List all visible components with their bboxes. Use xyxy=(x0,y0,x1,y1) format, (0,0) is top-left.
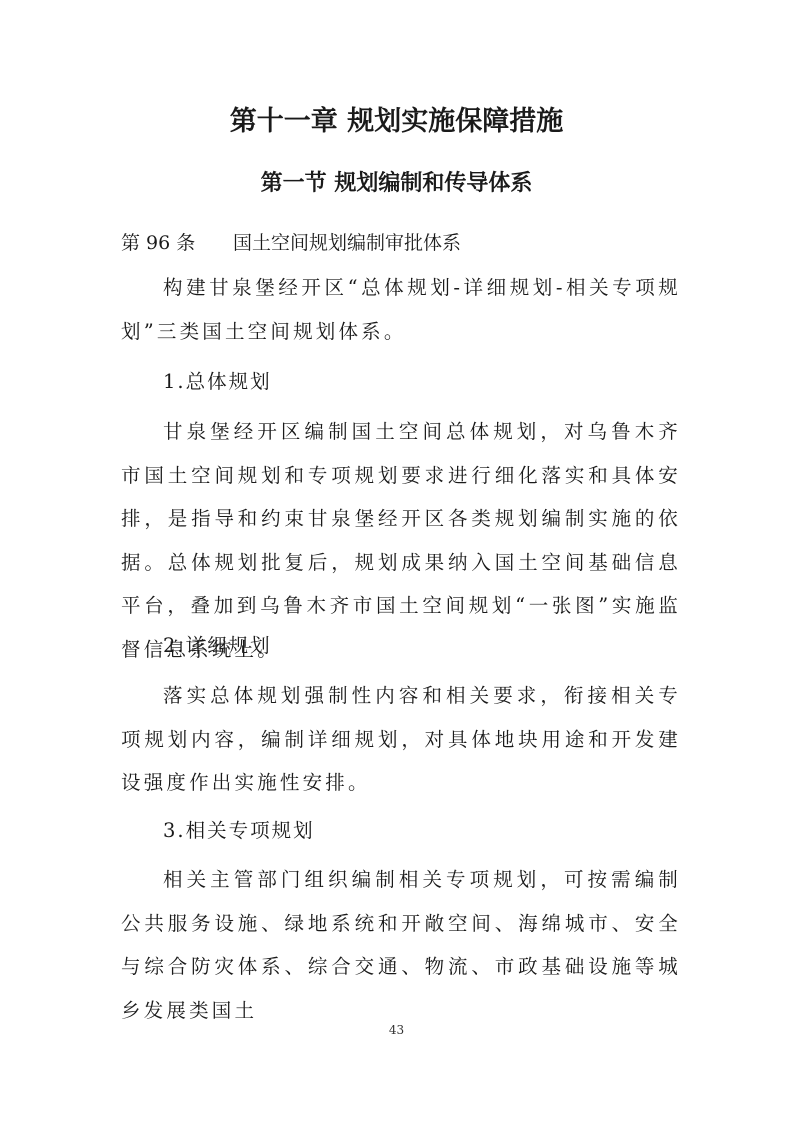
article-heading: 第 96 条国土空间规划编制审批体系 xyxy=(121,229,461,257)
intro-paragraph: 构建甘泉堡经开区“总体规划-详细规划-相关专项规划”三类国土空间规划体系。 xyxy=(121,266,681,353)
article-title: 国土空间规划编制审批体系 xyxy=(233,232,461,254)
item-paragraph-special-plan: 相关主管部门组织编制相关专项规划，可按需编制公共服务设施、绿地系统和开敞空间、海… xyxy=(121,858,681,1032)
document-page: 第十一章 规划实施保障措施 第一节 规划编制和传导体系 第 96 条国土空间规划… xyxy=(0,0,793,1122)
article-number: 第 96 条 xyxy=(121,229,233,257)
chapter-title: 第十一章 规划实施保障措施 xyxy=(0,104,793,140)
item-paragraph-detailed-plan: 落实总体规划强制性内容和相关要求，衔接相关专项规划内容，编制详细规划，对具体地块… xyxy=(121,674,681,805)
item-heading-special-plan: 3.相关专项规划 xyxy=(163,817,315,845)
item-paragraph-block-detailed-plan: 落实总体规划强制性内容和相关要求，衔接相关专项规划内容，编制详细规划，对具体地块… xyxy=(121,674,681,805)
intro-paragraph-block: 构建甘泉堡经开区“总体规划-详细规划-相关专项规划”三类国土空间规划体系。 xyxy=(121,266,681,353)
section-title: 第一节 规划编制和传导体系 xyxy=(0,168,793,200)
item-paragraph-block-special-plan: 相关主管部门组织编制相关专项规划，可按需编制公共服务设施、绿地系统和开敞空间、海… xyxy=(121,858,681,1032)
page-number: 43 xyxy=(0,1022,793,1038)
item-heading-detailed-plan: 2.详细规划 xyxy=(163,632,272,660)
item-heading-overall-plan: 1.总体规划 xyxy=(163,368,272,396)
